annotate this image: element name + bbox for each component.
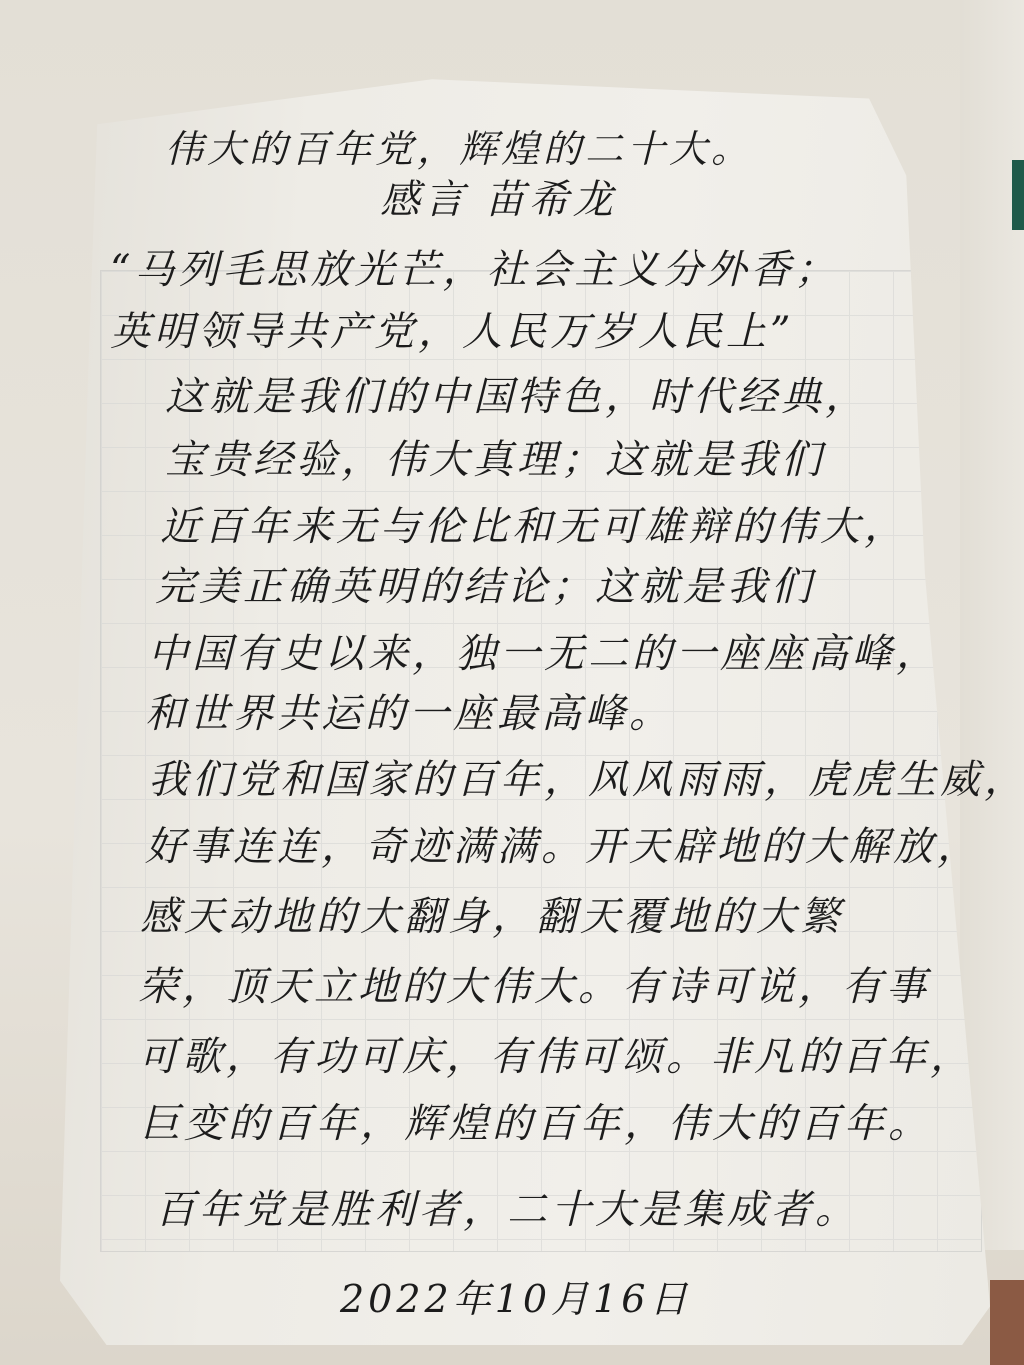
essay-line: 这就是我们的中国特色，时代经典， bbox=[165, 365, 869, 422]
essay-line: 英明领导共产党，人民万岁人民上” bbox=[110, 300, 794, 357]
essay-line: 宝贵经验，伟大真理；这就是我们 bbox=[165, 428, 825, 485]
essay-line: 可歌，有功可庆，有伟可颂。非凡的百年， bbox=[138, 1025, 974, 1082]
essay-line: 我们党和国家的百年，风风雨雨，虎虎生威， bbox=[148, 748, 1024, 805]
essay-line: 完美正确英明的结论；这就是我们 bbox=[155, 555, 815, 612]
handwritten-essay: 伟大的百年党，辉煌的二十大。 感言 苗希龙 “马列毛思放光芒，社会主义分外香； … bbox=[0, 0, 1024, 1365]
essay-line: 巨变的百年，辉煌的百年，伟大的百年。 bbox=[140, 1092, 932, 1149]
essay-line: 好事连连，奇迹满满。开天辟地的大解放， bbox=[145, 815, 981, 872]
essay-line: 百年党是胜利者，二十大是集成者。 bbox=[155, 1178, 859, 1235]
essay-date: 2022年10月16日 bbox=[340, 1268, 691, 1323]
essay-line: 近百年来无与伦比和无可雄辩的伟大， bbox=[160, 495, 908, 552]
essay-line: 荣，顶天立地的大伟大。有诗可说，有事 bbox=[138, 955, 930, 1012]
author-line: 感言 苗希龙 bbox=[380, 168, 617, 225]
essay-line: 和世界共运的一座最高峰。 bbox=[145, 682, 673, 739]
essay-line: “马列毛思放光芒，社会主义分外香； bbox=[110, 238, 838, 295]
essay-title: 伟大的百年党，辉煌的二十大。 bbox=[165, 118, 753, 173]
essay-line: 中国有史以来，独一无二的一座座高峰， bbox=[148, 622, 940, 679]
essay-line: 感天动地的大翻身，翻天覆地的大繁 bbox=[140, 885, 844, 942]
